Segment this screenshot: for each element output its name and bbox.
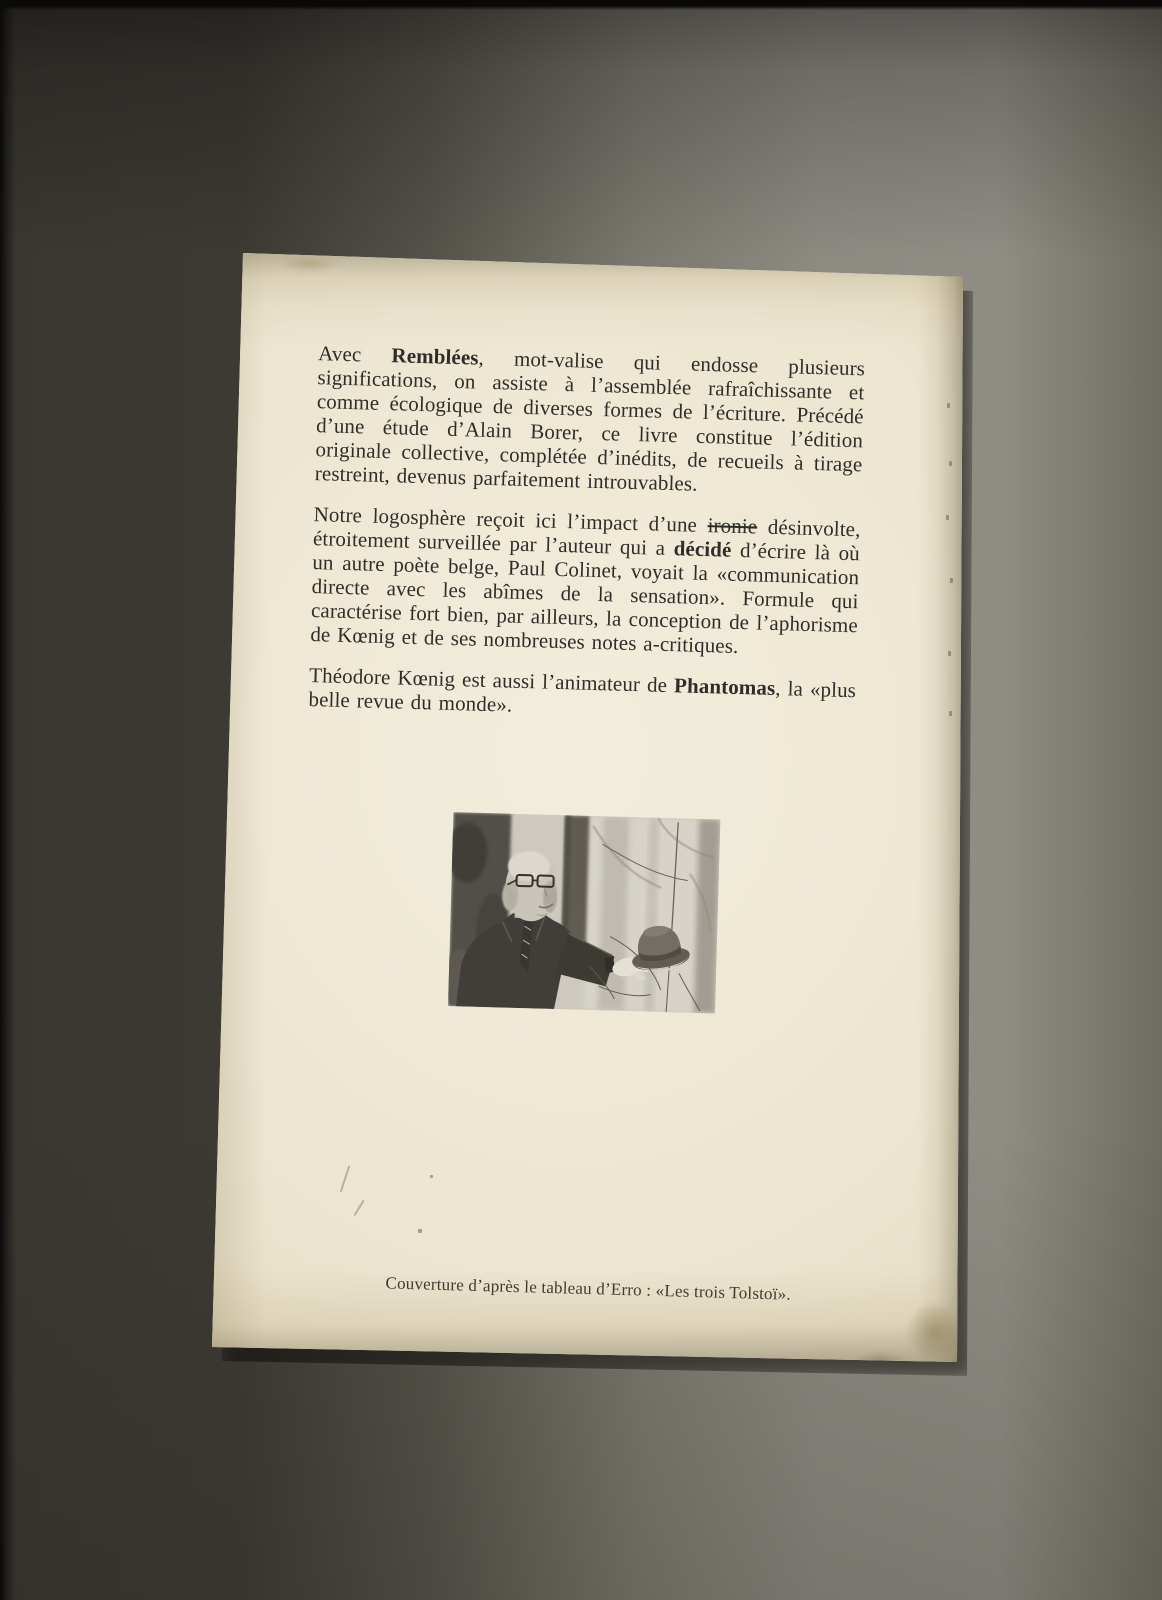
page-edge-speck (949, 461, 952, 466)
blurb-paragraph-2: Notre logosphère reçoit ici l’impact d’u… (310, 502, 861, 661)
page-edge-speck (950, 578, 953, 583)
cover-speck (430, 1175, 433, 1178)
blurb-text: Avec Remblées, mot-valise qui endosse pl… (308, 341, 865, 726)
scan-edge-left (0, 0, 16, 1600)
cover-speck (418, 1229, 422, 1233)
cover-fold-shade-right (917, 253, 963, 1363)
cover-shade-left (212, 253, 267, 1363)
page-edge-speck (946, 515, 949, 520)
blurb-paragraph-1: Avec Remblées, mot-valise qui endosse pl… (315, 341, 866, 500)
book-back-cover: Avec Remblées, mot-valise qui endosse pl… (212, 253, 963, 1363)
cover-content: Avec Remblées, mot-valise qui endosse pl… (212, 253, 960, 1373)
blurb-paragraph-3: Théodore Kœnig est aussi l’animateur de … (308, 663, 856, 726)
page-edge-speck (949, 711, 952, 716)
stain-top-left (270, 255, 348, 273)
worn-corner-bottom-right (841, 1251, 971, 1369)
page-edge-speck (948, 651, 951, 656)
scan-background: Avec Remblées, mot-valise qui endosse pl… (0, 0, 1162, 1600)
author-photo (448, 812, 720, 1013)
scan-edge-top (0, 0, 1162, 10)
page-edge-speck (947, 403, 950, 408)
